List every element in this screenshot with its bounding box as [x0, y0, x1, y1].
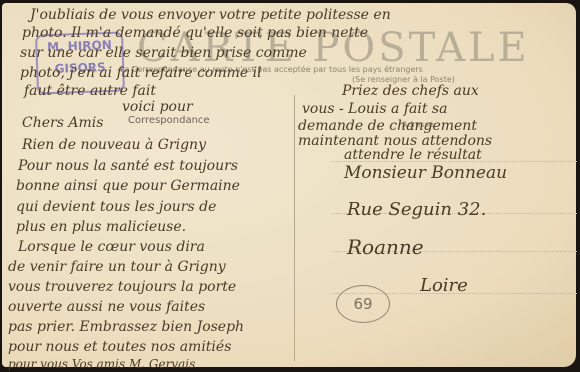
correspondence-label: Correspondance [128, 115, 210, 126]
message-line: Chers Amis [22, 115, 103, 131]
message-line: Rien de nouveau à Grigny [22, 137, 206, 153]
right-message-line: vous - Louis a fait sa [302, 101, 447, 117]
circled-number: 69 [336, 285, 390, 323]
center-divider [294, 95, 295, 361]
address-city: Roanne [347, 235, 424, 259]
message-line: bonne ainsi que pour Germaine [16, 178, 240, 194]
message-line: voici pour [122, 99, 193, 115]
message-line: sur une car elle serait bien prise comme [20, 45, 307, 61]
postcard: CARTE POSTALE La Correspondance au recto… [2, 3, 576, 367]
right-message-line: attendre le résultat [344, 147, 482, 163]
message-line: plus en plus malicieuse. [16, 219, 186, 235]
message-line: J'oubliais de vous envoyer votre petite … [30, 7, 391, 23]
address-name: Monsieur Bonneau [344, 163, 507, 183]
right-message-line: Priez des chefs aux [342, 83, 479, 99]
message-line: pour nous et toutes nos amitiés [8, 339, 231, 355]
address-street: Rue Seguin 32. [347, 199, 486, 220]
message-line: Pour nous la santé est toujours [18, 158, 238, 174]
message-line: faut être autre fait [24, 83, 156, 99]
message-line: de venir faire un tour à Grigny [8, 259, 226, 275]
address-region: Loire [420, 275, 468, 296]
right-message-line: demande de changement [298, 118, 477, 134]
message-signature: pour vous Vos amis M. Gervais [8, 357, 195, 371]
message-line: pas prier. Embrassez bien Joseph [8, 319, 244, 335]
message-line: qui devient tous les jours de [16, 199, 216, 215]
message-line: ouverte aussi ne vous faites [8, 299, 205, 315]
message-line: Lorsque le cœur vous dira [18, 239, 205, 255]
message-line: vous trouverez toujours la porte [8, 279, 236, 295]
message-line: photo. Il m'a demandé qu'elle soit pas b… [22, 25, 368, 41]
message-line: photo, j'en ai fait refaire comme il [20, 65, 262, 81]
